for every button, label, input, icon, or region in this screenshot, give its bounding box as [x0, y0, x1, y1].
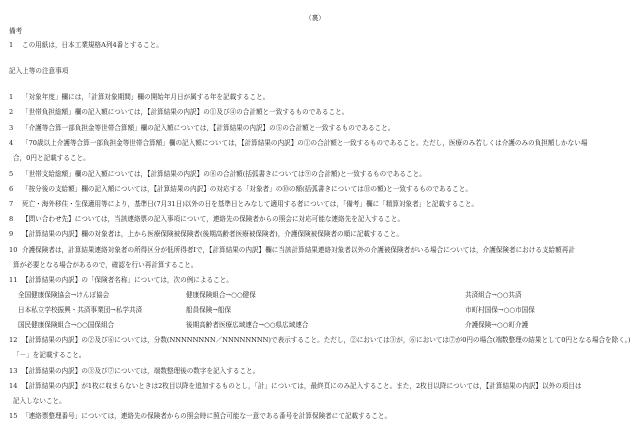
note-item-12: 12【計算結果の内訳】の②及び⑥については，分数(NNNNNNNN／NNNNNN… — [9, 335, 630, 345]
remarks-item-1: 1この用紙は，日本工業規格A列4番とすること。 — [9, 40, 163, 50]
item-text: 「70歳以上介護等合算一部負担金等世帯合算額」欄の記入額については，【計算結果の… — [22, 139, 587, 147]
item-text: 「世帯負担総額」欄の記入額については，【計算結果の内訳】の①及び④の合計額と一致… — [22, 108, 348, 116]
note-item-10-continued: 算が必要となる場合があるので，確認を行い再計算すること。 — [13, 260, 198, 270]
note-item-15: 15「連絡票整理番号」については，連絡先の保険者からの照会時に照合可能な一意であ… — [9, 411, 391, 421]
item-number: 9 — [9, 229, 22, 239]
item-number: 6 — [9, 184, 22, 194]
example-3-2: 後期高齢者医療広域連合→○○県広域連合 — [186, 320, 309, 330]
example-1-3: 共済組合→○○共済 — [465, 290, 522, 300]
item-text: 【計算結果の内訳】の「保険者名称」については，次の例によること。 — [22, 276, 233, 284]
notes-title: 記入上等の注意事項 — [9, 66, 68, 76]
item-text: 「連絡票整理番号」については，連絡先の保険者からの照会時に照合可能な一意である番… — [22, 412, 391, 420]
item-text: 【問い合わせ先】については，当該連絡票の記入事項について，連絡先の保険者からの照… — [22, 215, 404, 223]
item-text: 【計算結果の内訳】が1枚に収まらないときは2枚目以降を追加するものとし，「計」に… — [22, 382, 582, 390]
item-text: 「世帯支給総額」欄の記入額については，【計算結果の内訳】の⑧の合計額(括弧書きに… — [22, 170, 426, 178]
note-item-12-continued: 「－」を記載すること。 — [13, 350, 86, 360]
note-item-3: 3「介護等合算一部負担金等世帯合算額」欄の記入額については，【計算結果の内訳】の… — [9, 123, 394, 133]
note-item-9: 9【計算結果の内訳】欄の対象者は，上から医療保険被保険者(後期高齢者医療被保険者… — [9, 229, 403, 239]
note-item-1: 1「対象年度」欄には，「計算対象期間」欄の開始年月日が属する年を記載すること。 — [9, 92, 269, 102]
item-text: 「対象年度」欄には，「計算対象期間」欄の開始年月日が属する年を記載すること。 — [22, 93, 269, 101]
item-number: 4 — [9, 138, 22, 148]
remarks-title: 備考 — [9, 26, 22, 36]
example-1-2: 健康保険組合→○○健保 — [186, 290, 256, 300]
note-item-10: 10介護保険者は，計算結果連絡対象者の所得区分が低所得者Ⅰで，【計算結果の内訳】… — [9, 245, 575, 255]
item-number: 1 — [9, 92, 22, 102]
note-item-4-continued: 合，0円と記載すること。 — [13, 153, 90, 163]
note-item-8: 8【問い合わせ先】については，当該連絡票の記入事項について，連絡先の保険者からの… — [9, 214, 404, 224]
item-number: 15 — [9, 411, 22, 421]
item-number: 11 — [9, 275, 22, 285]
item-text: 「按分後の支給額」欄の記入額については，【計算結果の内訳】の対応する「対象者」の… — [22, 185, 472, 193]
page-side-label: （裏） — [0, 12, 630, 22]
note-item-6: 6「按分後の支給額」欄の記入額については，【計算結果の内訳】の対応する「対象者」… — [9, 184, 472, 194]
item-text: 「介護等合算一部負担金等世帯合算額」欄の記入額については，【計算結果の内訳】の⑤… — [22, 124, 394, 132]
example-2-1: 日本私立学校振興・共済事業団→私学共済 — [18, 305, 142, 315]
item-number: 5 — [9, 169, 22, 179]
item-number: 7 — [9, 199, 22, 209]
note-item-2: 2「世帯負担総額」欄の記入額については，【計算結果の内訳】の①及び④の合計額と一… — [9, 107, 348, 117]
item-number: 3 — [9, 123, 22, 133]
item-number: 12 — [9, 335, 22, 345]
note-item-14-continued: 記入しないこと。 — [13, 396, 66, 406]
note-item-13: 13【計算結果の内訳】の③及び⑦については，端数整理後の数字を記入すること。 — [9, 366, 259, 376]
item-number: 13 — [9, 366, 22, 376]
note-item-7: 7死亡・海外移住・生保適用等により，基準日(7月31日)以外の日を基準日とみなし… — [9, 199, 478, 209]
example-2-3: 市町村国保→○○市国保 — [465, 305, 535, 315]
note-item-14: 14【計算結果の内訳】が1枚に収まらないときは2枚目以降を追加するものとし，「計… — [9, 381, 582, 391]
item-number: 2 — [9, 107, 22, 117]
example-3-1: 国民健康保険組合→○○国保組合 — [18, 320, 114, 330]
item-number: 10 — [9, 245, 22, 255]
item-text: 死亡・海外移住・生保適用等により，基準日(7月31日)以外の日を基準日とみなして… — [22, 200, 478, 208]
item-number: 1 — [9, 40, 22, 50]
example-1-1: 全国健康保険協会→けんぽ協会 — [18, 290, 109, 300]
note-item-5: 5「世帯支給総額」欄の記入額については，【計算結果の内訳】の⑧の合計額(括弧書き… — [9, 169, 426, 179]
item-text: この用紙は，日本工業規格A列4番とすること。 — [22, 41, 163, 49]
item-text: 【計算結果の内訳】の③及び⑦については，端数整理後の数字を記入すること。 — [22, 367, 259, 375]
item-number: 8 — [9, 214, 22, 224]
item-number: 14 — [9, 381, 22, 391]
item-text: 【計算結果の内訳】の②及び⑥については，分数(NNNNNNNN／NNNNNNNN… — [22, 336, 630, 344]
note-item-4: 4「70歳以上介護等合算一部負担金等世帯合算額」欄の記入額については，【計算結果… — [9, 138, 587, 148]
example-2-2: 船員保険→船保 — [186, 305, 231, 315]
item-text: 介護保険者は，計算結果連絡対象者の所得区分が低所得者Ⅰで，【計算結果の内訳】欄に… — [22, 246, 575, 254]
item-text: 【計算結果の内訳】欄の対象者は，上から医療保険被保険者(後期高齢者医療被保険者)… — [22, 230, 403, 238]
example-3-3: 介護保険→○○町介護 — [465, 320, 528, 330]
note-item-11: 11【計算結果の内訳】の「保険者名称」については，次の例によること。 — [9, 275, 233, 285]
